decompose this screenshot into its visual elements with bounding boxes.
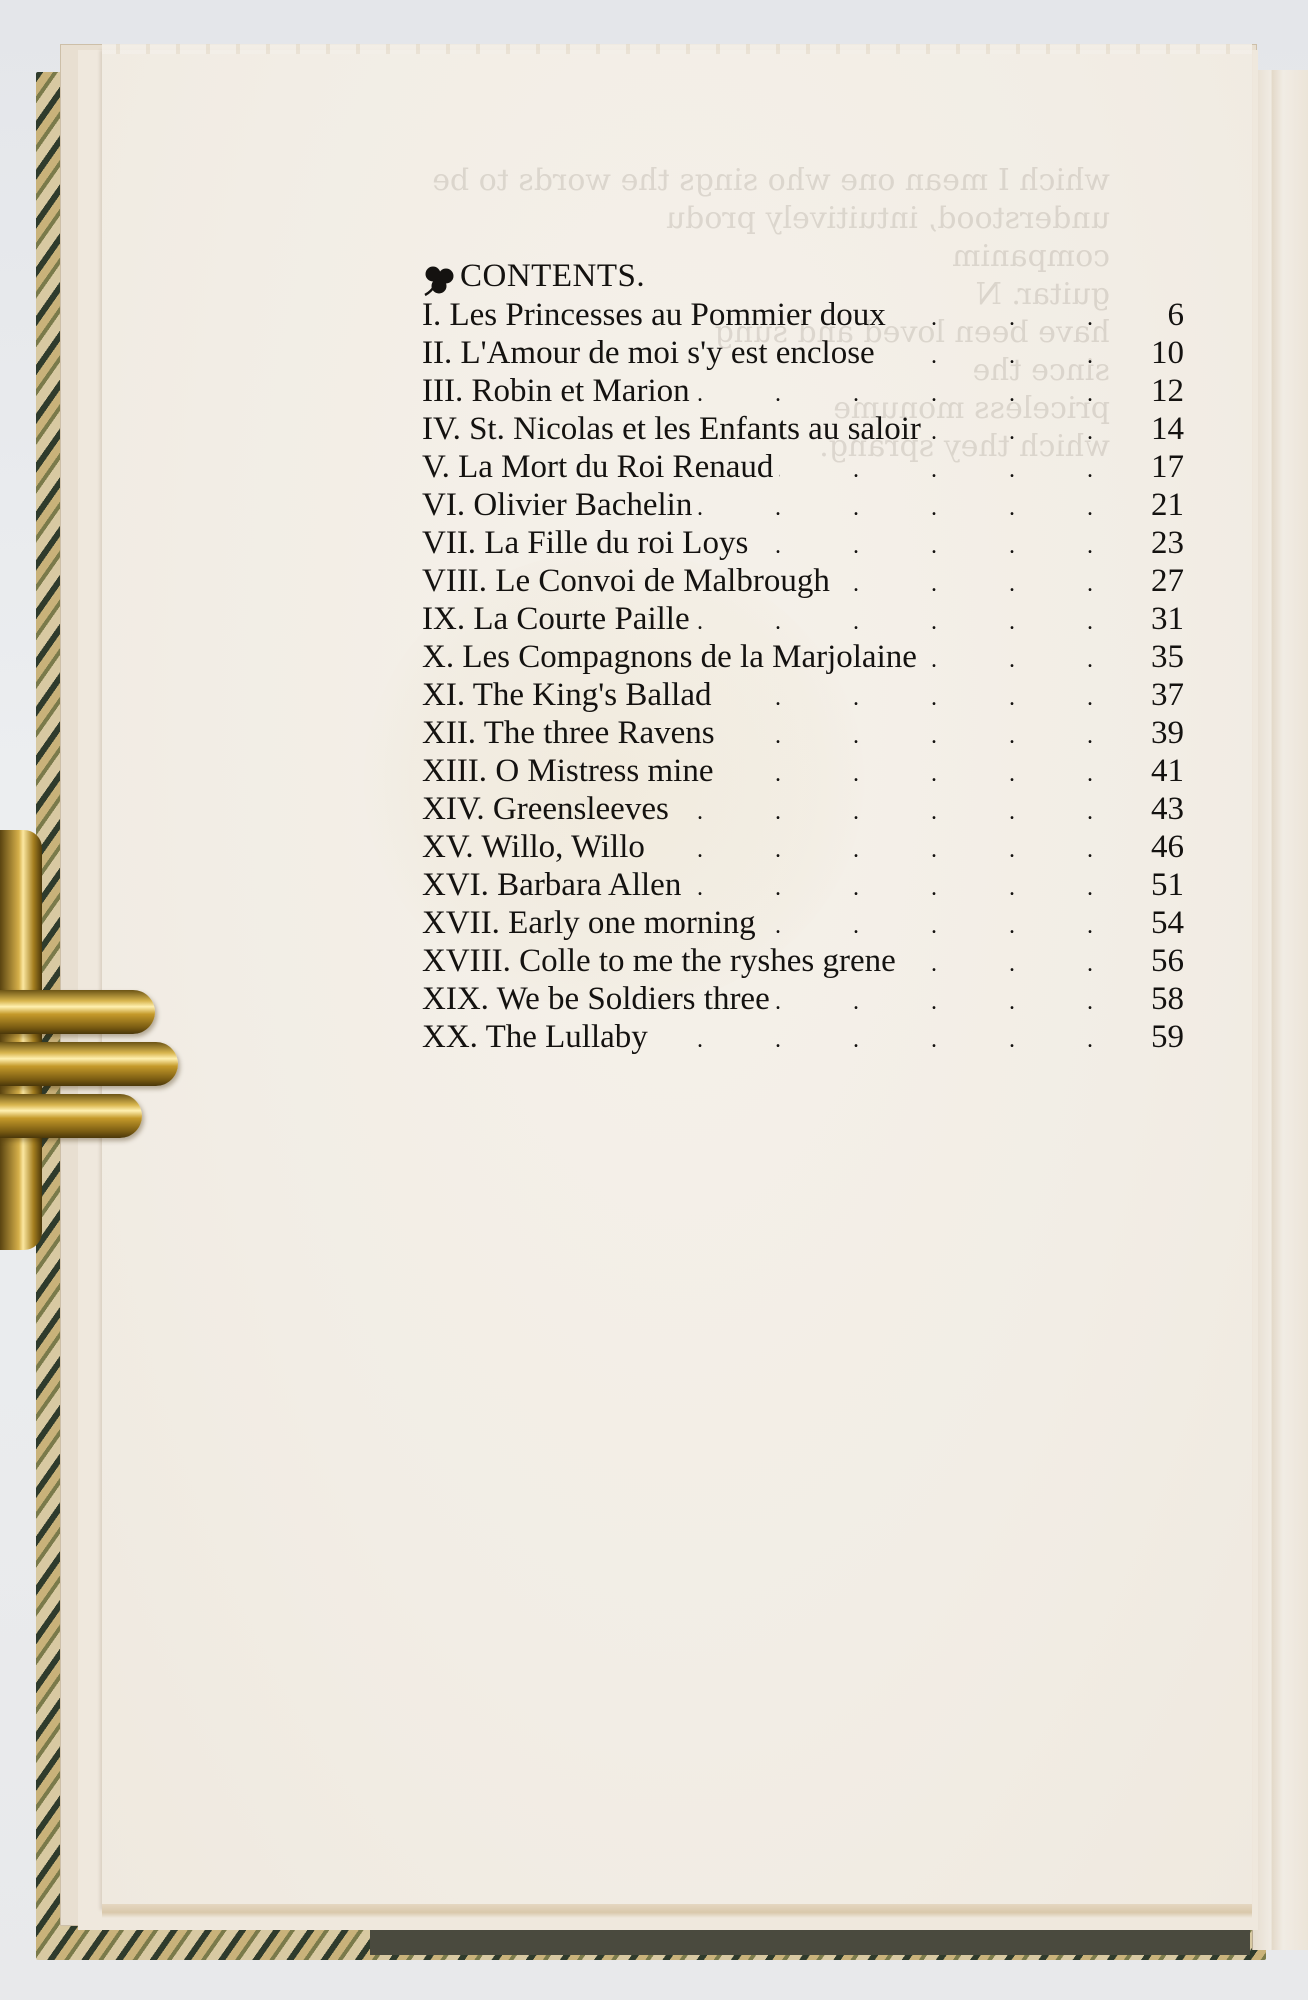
toc-numeral: XIII. <box>422 753 487 789</box>
toc-numeral: X. <box>422 639 454 675</box>
toc-numeral: XIV. <box>422 791 485 827</box>
toc-entry: XVII. Early one morning . . . . . . . . … <box>422 904 1184 942</box>
toc-entry: I. Les Princesses au Pommier doux . . . … <box>422 296 1184 334</box>
toc-title: Les Princesses au Pommier doux <box>450 297 886 333</box>
toc-title: La Courte Paille <box>473 601 689 637</box>
toc-page-number: 27 <box>1132 562 1184 600</box>
dot-leader: . . . . . . . . . . . . . . . . . . . . <box>675 793 1126 831</box>
toc-entry: IX. La Courte Paille . . . . . . . . . .… <box>422 600 1184 638</box>
dot-leader: . . . . . . . . . . . . . . . . . . . . <box>719 755 1126 793</box>
dot-leader: . . . . . . . . . . . . . . . . . . . . <box>836 565 1126 603</box>
dot-leader: . . . . . . . . . . . . . . . . . . . . <box>762 907 1126 945</box>
toc-page-number: 31 <box>1132 600 1184 638</box>
toc-entry: VI. Olivier Bachelin . . . . . . . . . .… <box>422 486 1184 524</box>
toc-page-number: 41 <box>1132 752 1184 790</box>
toc-page-number: 54 <box>1132 904 1184 942</box>
toc-page-number: 14 <box>1132 410 1184 448</box>
toc-page-number: 35 <box>1132 638 1184 676</box>
dot-leader: . . . . . . . . . . . . . . . . . . . . <box>779 451 1126 489</box>
toc-numeral: IV. <box>422 411 461 447</box>
dot-leader: . . . . . . . . . . . . . . . . . . . . <box>651 831 1126 869</box>
toc-title: O Mistress mine <box>495 753 713 789</box>
toc-numeral: XV. <box>422 829 474 865</box>
dot-leader: . . . . . . . . . . . . . . . . . . . . <box>892 299 1126 337</box>
toc-title: Barbara Allen <box>497 867 681 903</box>
toc-numeral: V. <box>422 449 450 485</box>
dot-leader: . . . . . . . . . . . . . . . . . . . . <box>698 489 1126 527</box>
toc-title: Le Convoi de Malbrough <box>495 563 830 599</box>
club-icon <box>422 262 458 298</box>
toc-title: Willo, Willo <box>481 829 645 865</box>
toc-title: The King's Ballad <box>473 677 712 713</box>
toc-numeral: XI. <box>422 677 465 713</box>
toc-title: Les Compagnons de la Marjolaine <box>462 639 917 675</box>
toc-entry: VII. La Fille du roi Loys . . . . . . . … <box>422 524 1184 562</box>
toc-numeral: XIX. <box>422 981 489 1017</box>
contents-heading-text: CONTENTS. <box>460 258 645 295</box>
toc-title: Robin et Marion <box>471 373 689 409</box>
toc-title: Colle to me the ryshes grene <box>519 943 896 979</box>
toc-entry: III. Robin et Marion . . . . . . . . . .… <box>422 372 1184 410</box>
toc-page-number: 59 <box>1132 1018 1184 1056</box>
toc-entry: XVI. Barbara Allen . . . . . . . . . . .… <box>422 866 1184 904</box>
toc-title: We be Soldiers three <box>497 981 770 1017</box>
toc-title: L'Amour de moi s'y est enclose <box>460 335 874 371</box>
brass-clip-stem <box>0 830 42 1250</box>
toc-entry: XII. The three Ravens . . . . . . . . . … <box>422 714 1184 752</box>
toc-entry: X. Les Compagnons de la Marjolaine . . .… <box>422 638 1184 676</box>
toc-page-number: 12 <box>1132 372 1184 410</box>
contents-heading: CONTENTS. <box>422 256 1184 296</box>
toc-page-number: 56 <box>1132 942 1184 980</box>
toc-entry: V. La Mort du Roi Renaud . . . . . . . .… <box>422 448 1184 486</box>
show-through-line: understood, intuitively produ <box>310 200 1110 238</box>
toc-numeral: XII. <box>422 715 476 751</box>
brass-clip <box>0 830 180 1250</box>
toc-numeral: XX. <box>422 1019 478 1055</box>
toc-page-number: 46 <box>1132 828 1184 866</box>
toc-entry: XIX. We be Soldiers three . . . . . . . … <box>422 980 1184 1018</box>
toc-numeral: I. <box>422 297 441 333</box>
toc-page-number: 43 <box>1132 790 1184 828</box>
dot-leader: . . . . . . . . . . . . . . . . . . . . <box>927 413 1126 451</box>
toc-entry: II. L'Amour de moi s'y est enclose . . .… <box>422 334 1184 372</box>
dot-leader: . . . . . . . . . . . . . . . . . . . . <box>721 717 1126 755</box>
table-of-contents: CONTENTS. I. Les Princesses au Pommier d… <box>422 256 1184 1056</box>
toc-numeral: VII. <box>422 525 476 561</box>
toc-numeral: XVIII. <box>422 943 511 979</box>
toc-entry: XIV. Greensleeves . . . . . . . . . . . … <box>422 790 1184 828</box>
toc-page-number: 58 <box>1132 980 1184 1018</box>
toc-page-number: 10 <box>1132 334 1184 372</box>
toc-title: Early one morning <box>508 905 755 941</box>
toc-page-number: 23 <box>1132 524 1184 562</box>
toc-entry: XVIII. Colle to me the ryshes grene . . … <box>422 942 1184 980</box>
toc-title: La Mort du Roi Renaud <box>458 449 773 485</box>
toc-title: La Fille du roi Loys <box>484 525 748 561</box>
toc-entry: XI. The King's Ballad . . . . . . . . . … <box>422 676 1184 714</box>
toc-numeral: XVII. <box>422 905 500 941</box>
toc-entry: XIII. O Mistress mine . . . . . . . . . … <box>422 752 1184 790</box>
toc-entry: IV. St. Nicolas et les Enfants au saloir… <box>422 410 1184 448</box>
toc-numeral: XVI. <box>422 867 489 903</box>
dot-leader: . . . . . . . . . . . . . . . . . . . . <box>754 527 1126 565</box>
toc-title: Olivier Bachelin <box>473 487 692 523</box>
dot-leader: . . . . . . . . . . . . . . . . . . . . <box>696 603 1126 641</box>
toc-title: St. Nicolas et les Enfants au saloir <box>469 411 921 447</box>
deckle-edge-bottom <box>102 1904 1252 1918</box>
brass-clip-finger <box>0 1042 178 1086</box>
brass-clip-finger <box>0 990 155 1034</box>
toc-numeral: VI. <box>422 487 465 523</box>
toc-entry: VIII. Le Convoi de Malbrough . . . . . .… <box>422 562 1184 600</box>
toc-page-number: 51 <box>1132 866 1184 904</box>
dot-leader: . . . . . . . . . . . . . . . . . . . . <box>687 869 1126 907</box>
toc-page-number: 6 <box>1132 296 1184 334</box>
brass-clip-finger <box>0 1094 142 1138</box>
deckle-edge-top <box>102 44 1252 54</box>
toc-page-number: 39 <box>1132 714 1184 752</box>
dot-leader: . . . . . . . . . . . . . . . . . . . . <box>654 1021 1126 1059</box>
dot-leader: . . . . . . . . . . . . . . . . . . . . <box>776 983 1126 1021</box>
toc-page-number: 17 <box>1132 448 1184 486</box>
toc-entry: XX. The Lullaby . . . . . . . . . . . . … <box>422 1018 1184 1056</box>
show-through-line: which I mean one who sings the words to … <box>310 162 1110 200</box>
toc-numeral: II. <box>422 335 452 371</box>
toc-title: The three Ravens <box>484 715 715 751</box>
toc-numeral: III. <box>422 373 463 409</box>
toc-page-number: 37 <box>1132 676 1184 714</box>
toc-page-number: 21 <box>1132 486 1184 524</box>
toc-numeral: IX. <box>422 601 465 637</box>
toc-numeral: VIII. <box>422 563 487 599</box>
adjacent-page-edge <box>1252 70 1308 1950</box>
toc-entry: XV. Willo, Willo . . . . . . . . . . . .… <box>422 828 1184 866</box>
dot-leader: . . . . . . . . . . . . . . . . . . . . <box>696 375 1126 413</box>
toc-title: Greensleeves <box>493 791 669 827</box>
dot-leader: . . . . . . . . . . . . . . . . . . . . <box>923 641 1126 679</box>
dot-leader: . . . . . . . . . . . . . . . . . . . . <box>881 337 1126 375</box>
dot-leader: . . . . . . . . . . . . . . . . . . . . <box>717 679 1126 717</box>
dot-leader: . . . . . . . . . . . . . . . . . . . . <box>902 945 1126 983</box>
toc-title: The Lullaby <box>486 1019 648 1055</box>
